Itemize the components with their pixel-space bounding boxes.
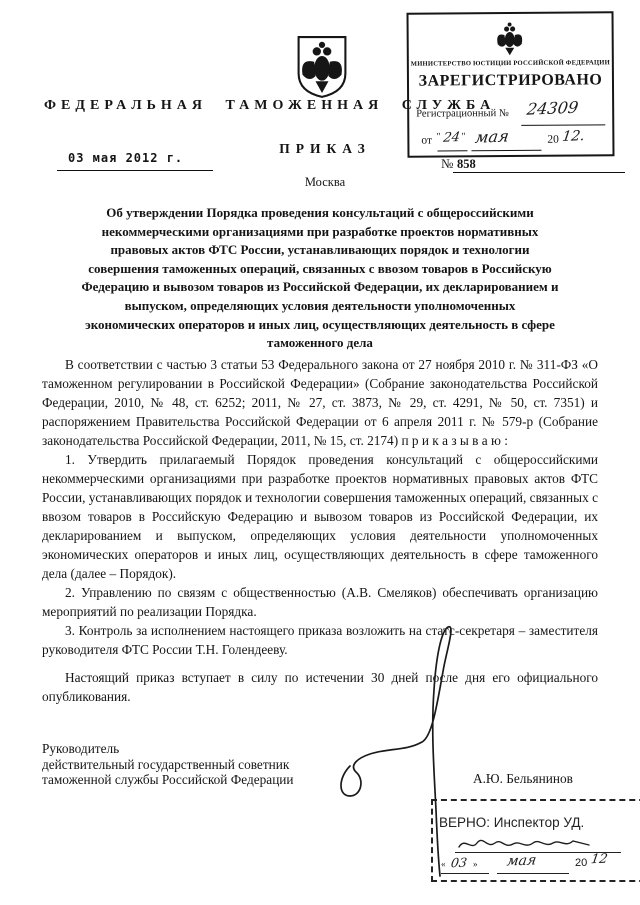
reg-number-rule: [521, 124, 605, 126]
cert-date-month-handwritten: мая: [506, 852, 538, 869]
registration-stamp: МИНИСТЕРСТВО ЮСТИЦИИ РОССИЙСКОЙ ФЕДЕРАЦИ…: [406, 11, 614, 157]
effective-date-clause: Настоящий приказ вступает в силу по исте…: [42, 668, 598, 706]
stamp-month-rule: [471, 150, 541, 151]
document-type-title: ПРИКАЗ: [250, 141, 400, 157]
pen-signature-icon: [330, 618, 470, 880]
scanned-order-document: ФЕДЕРАЛЬНАЯ ТАМОЖЕННАЯ СЛУЖБА 03 мая 201…: [0, 0, 640, 905]
cert-year-printed: 20: [575, 857, 587, 869]
order-number-rule: [453, 172, 625, 173]
order-title: Об утверждении Порядка проведения консул…: [42, 204, 598, 353]
order-item-2: 2. Управлению по связям с общественность…: [42, 583, 598, 621]
order-item-3: 3. Контроль за исполнением настоящего пр…: [42, 621, 598, 659]
order-number-label: №: [441, 156, 453, 172]
stamp-date-prefix: от: [421, 135, 432, 147]
signer-position: Руководитель действительный государствен…: [42, 741, 372, 788]
cert-year-handwritten: 12: [590, 852, 609, 868]
stamp-quote-open: ": [436, 131, 440, 142]
cert-quote-close: »: [473, 859, 478, 869]
fts-coat-of-arms-icon: [296, 34, 348, 100]
order-item-1: 1. Утвердить прилагаемый Порядок проведе…: [42, 450, 598, 583]
registered-caption: ЗАРЕГИСТРИРОВАНО: [409, 71, 612, 90]
inspector-pen-signature-icon: [457, 835, 597, 853]
date-underline-rule: [57, 170, 213, 171]
order-body: В соответствии с частью 3 статьи 53 Феде…: [42, 355, 598, 706]
preamble-paragraph: В соответствии с частью 3 статьи 53 Феде…: [42, 355, 598, 450]
issue-city: Москва: [240, 175, 410, 190]
signer-name: А.Ю. Бельянинов: [473, 771, 573, 787]
ministry-name: МИНИСТЕРСТВО ЮСТИЦИИ РОССИЙСКОЙ ФЕДЕРАЦИ…: [409, 59, 612, 67]
stamp-date-month-handwritten: мая: [474, 126, 510, 146]
stamp-date-day-handwritten: 24: [442, 130, 461, 146]
stamp-year-handwritten: 12.: [561, 128, 586, 145]
stamp-day-rule: [437, 150, 467, 151]
minjust-eagle-icon: [495, 19, 525, 57]
stamp-quote-close: ": [461, 131, 465, 142]
reg-number-label: Регистрационный №: [416, 108, 509, 120]
reg-number-handwritten: 24309: [526, 98, 580, 119]
cert-month-rule: [497, 873, 569, 874]
stamp-year-printed: 20: [547, 134, 559, 146]
order-date: 03 мая 2012 г.: [68, 151, 183, 165]
order-number-value: 858: [457, 157, 476, 172]
